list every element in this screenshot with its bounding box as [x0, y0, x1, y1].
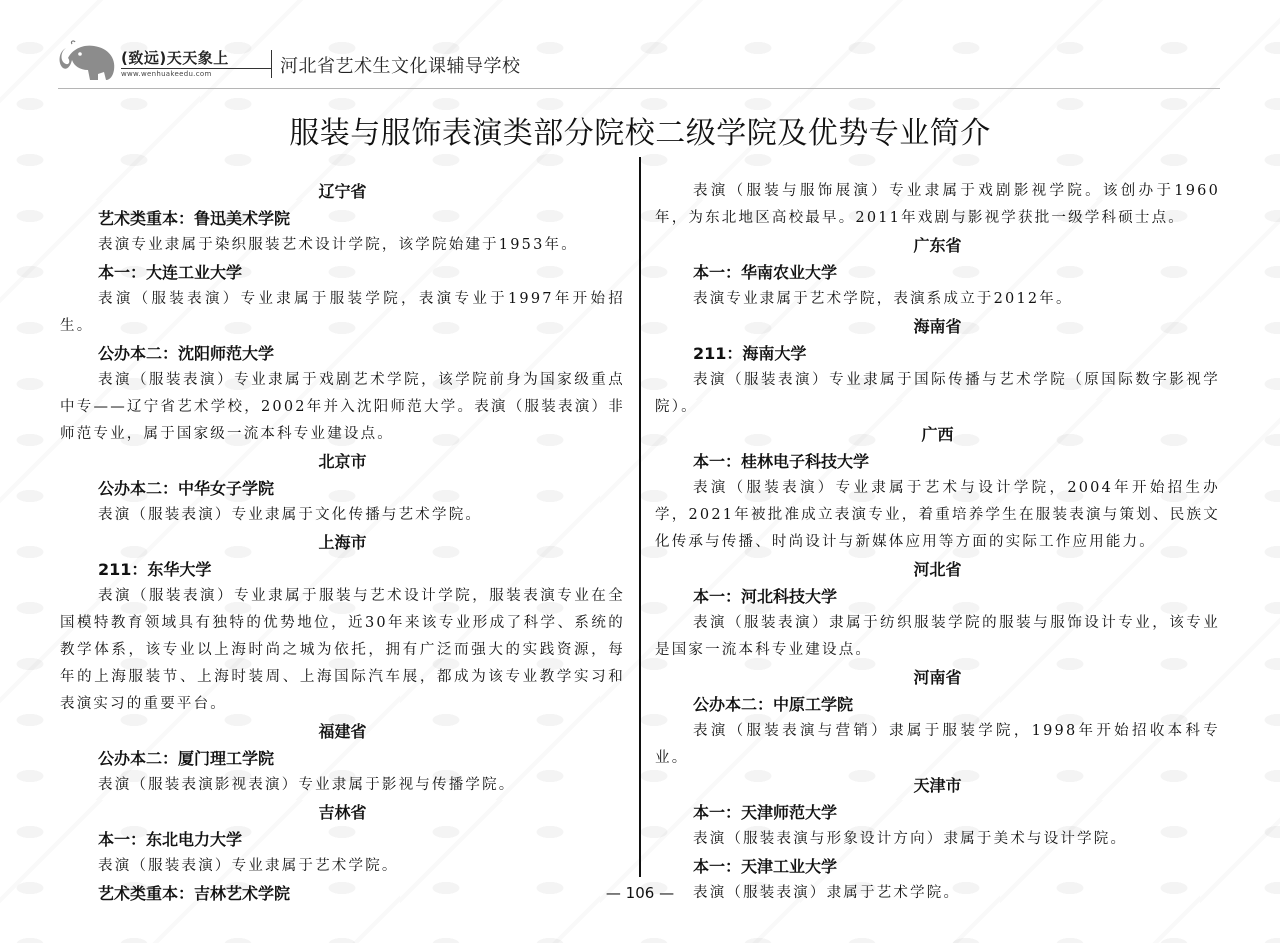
- university-name: 本一：桂林电子科技大学: [655, 448, 1220, 475]
- elephant-icon: [58, 38, 120, 84]
- province-heading: 河北省: [655, 556, 1220, 583]
- university-name: 211：东华大学: [60, 556, 625, 583]
- program-description: 表演（服装表演）专业隶属于艺术与设计学院，2004年开始招生办学，2021年被批…: [655, 475, 1220, 556]
- university-name: 本一：天津师范大学: [655, 799, 1220, 826]
- province-heading: 上海市: [60, 529, 625, 556]
- brand-url: www.wenhuakeedu.com: [121, 70, 271, 78]
- university-name: 本一：天津工业大学: [655, 853, 1220, 880]
- university-name: 本一：东北电力大学: [60, 826, 625, 853]
- university-name: 本一：河北科技大学: [655, 583, 1220, 610]
- program-description: 表演（服装表演）专业隶属于戏剧艺术学院，该学院前身为国家级重点中专——辽宁省艺术…: [60, 367, 625, 448]
- province-heading: 吉林省: [60, 799, 625, 826]
- brand-name: (致远)天天象上: [121, 50, 271, 69]
- program-description: 表演专业隶属于艺术学院，表演系成立于2012年。: [655, 286, 1220, 313]
- program-description: 表演（服装表演）专业隶属于文化传播与艺术学院。: [60, 502, 625, 529]
- province-heading: 广东省: [655, 232, 1220, 259]
- province-heading: 福建省: [60, 718, 625, 745]
- province-heading: 海南省: [655, 313, 1220, 340]
- province-heading: 广西: [655, 421, 1220, 448]
- program-description: 表演（服装与服饰展演）专业隶属于戏剧影视学院。该创办于1960年，为东北地区高校…: [655, 178, 1220, 232]
- program-description: 表演（服装表演）专业隶属于服装学院，表演专业于1997年开始招生。: [60, 286, 625, 340]
- left-column: 辽宁省 艺术类重本：鲁迅美术学院 表演专业隶属于染织服装艺术设计学院，该学院始建…: [60, 178, 625, 907]
- program-description: 表演（服装表演与形象设计方向）隶属于美术与设计学院。: [655, 826, 1220, 853]
- brand-block: (致远)天天象上 www.wenhuakeedu.com: [121, 50, 271, 78]
- program-description: 表演（服装表演）隶属于纺织服装学院的服装与服饰设计专业，该专业是国家一流本科专业…: [655, 610, 1220, 664]
- page-number: — 106 —: [0, 884, 1280, 902]
- program-description: 表演（服装表演）专业隶属于国际传播与艺术学院（原国际数字影视学院）。: [655, 367, 1220, 421]
- school-name: 河北省艺术生文化课辅导学校: [280, 52, 521, 78]
- program-description: 表演（服装表演影视表演）专业隶属于影视与传播学院。: [60, 772, 625, 799]
- page-header: (致远)天天象上 www.wenhuakeedu.com 河北省艺术生文化课辅导…: [58, 36, 1220, 89]
- province-heading: 河南省: [655, 664, 1220, 691]
- right-column: 表演（服装与服饰展演）专业隶属于戏剧影视学院。该创办于1960年，为东北地区高校…: [655, 178, 1220, 907]
- header-separator: [271, 50, 272, 78]
- university-name: 公办本二：中华女子学院: [60, 475, 625, 502]
- university-name: 本一：大连工业大学: [60, 259, 625, 286]
- university-name: 公办本二：中原工学院: [655, 691, 1220, 718]
- university-name: 公办本二：沈阳师范大学: [60, 340, 625, 367]
- province-heading: 北京市: [60, 448, 625, 475]
- university-name: 本一：华南农业大学: [655, 259, 1220, 286]
- program-description: 表演（服装表演与营销）隶属于服装学院，1998年开始招收本科专业。: [655, 718, 1220, 772]
- column-divider: [639, 157, 641, 877]
- university-name: 艺术类重本：鲁迅美术学院: [60, 205, 625, 232]
- program-description: 表演（服装表演）专业隶属于艺术学院。: [60, 853, 625, 880]
- program-description: 表演（服装表演）专业隶属于服装与艺术设计学院，服装表演专业在全国模特教育领域具有…: [60, 583, 625, 718]
- program-description: 表演专业隶属于染织服装艺术设计学院，该学院始建于1953年。: [60, 232, 625, 259]
- university-name: 公办本二：厦门理工学院: [60, 745, 625, 772]
- page-title: 服装与服饰表演类部分院校二级学院及优势专业简介: [0, 108, 1280, 152]
- university-name: 211：海南大学: [655, 340, 1220, 367]
- province-heading: 天津市: [655, 772, 1220, 799]
- province-heading: 辽宁省: [60, 178, 625, 205]
